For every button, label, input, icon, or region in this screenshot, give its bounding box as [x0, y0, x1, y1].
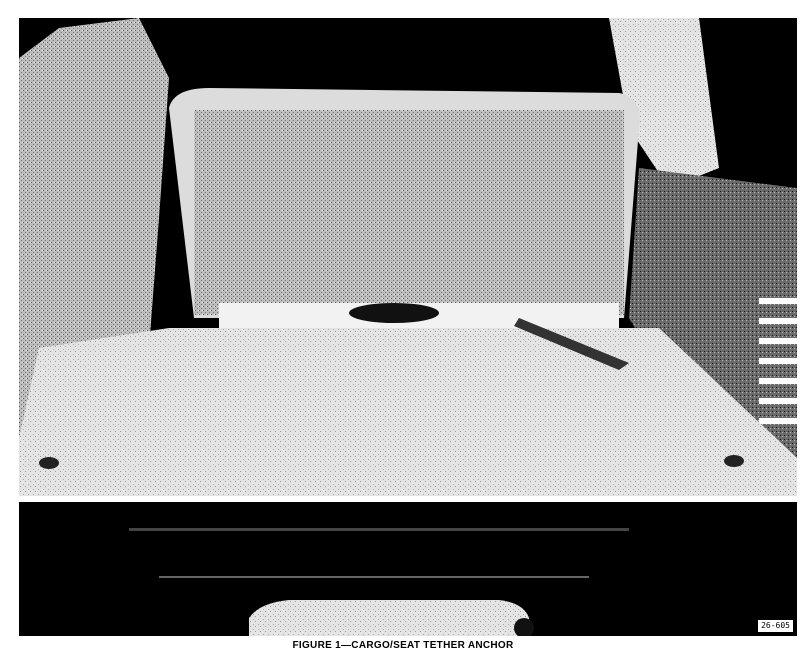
- cargo-area-photo-illustration: [19, 18, 797, 636]
- figure-reference-label: 26-605: [758, 620, 793, 632]
- figure-photo: 26-605: [19, 18, 797, 636]
- figure-caption: FIGURE 1—CARGO/SEAT TETHER ANCHOR: [0, 640, 806, 651]
